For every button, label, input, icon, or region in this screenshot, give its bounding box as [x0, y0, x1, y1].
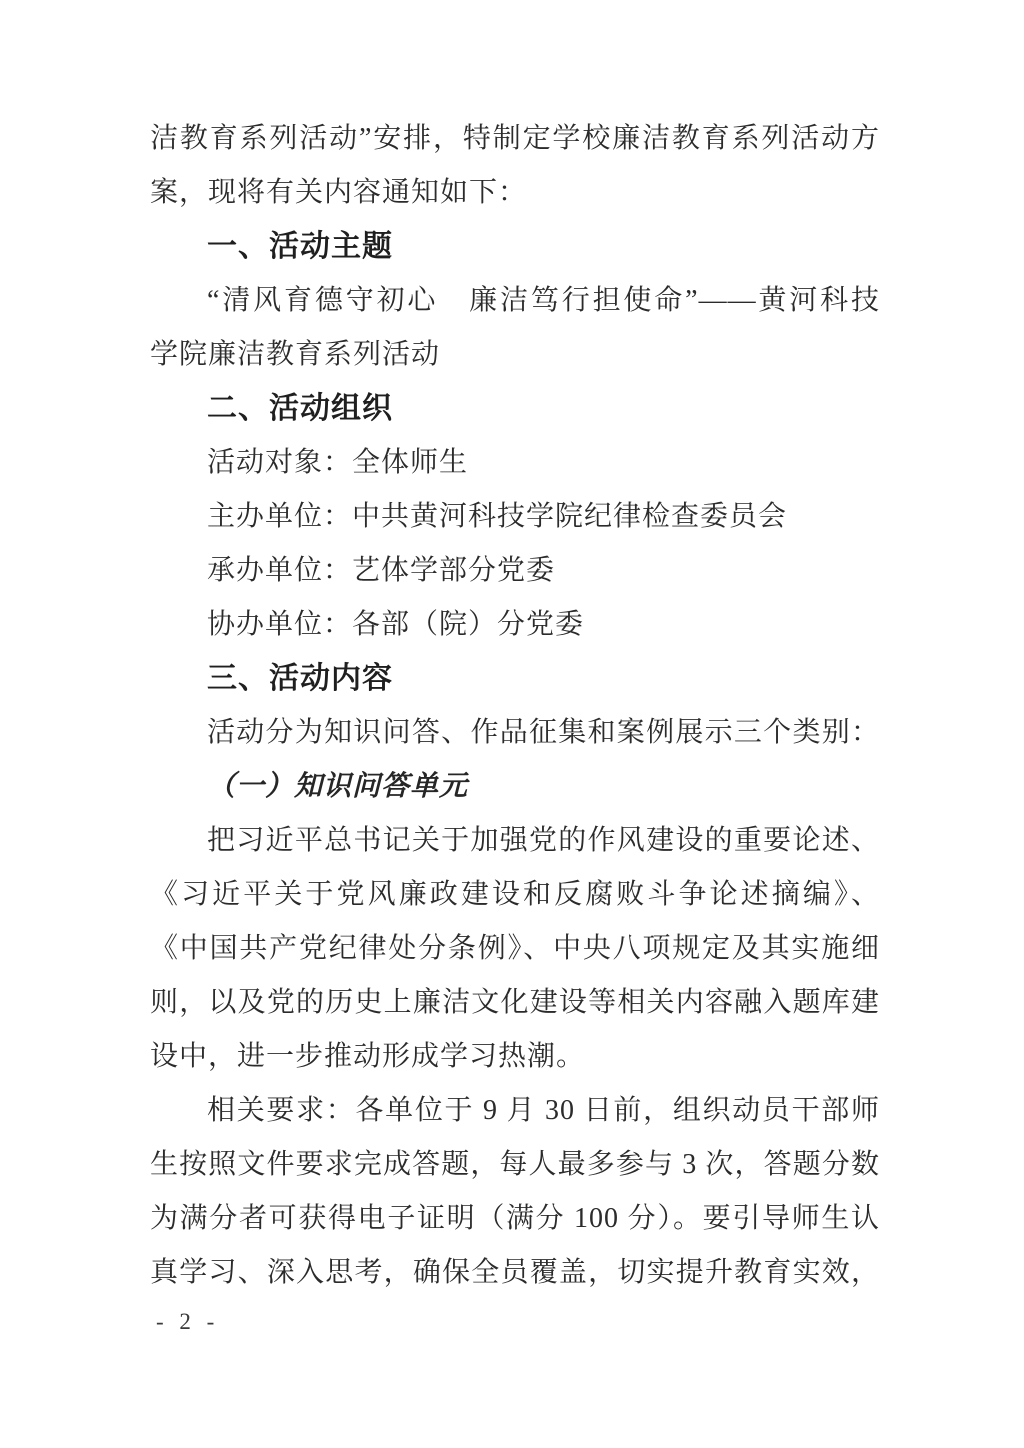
- section-heading-2: 二、活动组织: [150, 382, 880, 436]
- doc-line: 协办单位：各部（院）分党委: [150, 598, 880, 652]
- doc-line: 洁教育系列活动”安排，特制定学校廉洁教育系列活动方: [150, 112, 880, 166]
- document-page: 洁教育系列活动”安排，特制定学校廉洁教育系列活动方 案，现将有关内容通知如下： …: [0, 0, 1024, 1448]
- section-heading-1: 一、活动主题: [150, 220, 880, 274]
- doc-line: 承办单位：艺体学部分党委: [150, 544, 880, 598]
- doc-line: 真学习、深入思考，确保全员覆盖，切实提升教育实效，: [150, 1246, 880, 1300]
- doc-line: 把习近平总书记关于加强党的作风建设的重要论述、: [150, 814, 880, 868]
- section-heading-3: 三、活动内容: [150, 652, 880, 706]
- footer-page-number: - 2 -: [156, 1302, 219, 1342]
- doc-line: 《习近平关于党风廉政建设和反腐败斗争论述摘编》、: [150, 868, 880, 922]
- doc-line: 活动分为知识问答、作品征集和案例展示三个类别：: [150, 706, 880, 760]
- doc-line: 活动对象：全体师生: [150, 436, 880, 490]
- doc-line: 设中，进一步推动形成学习热潮。: [150, 1030, 880, 1084]
- doc-line: 为满分者可获得电子证明（满分 100 分）。要引导师生认: [150, 1192, 880, 1246]
- doc-line: 相关要求：各单位于 9 月 30 日前，组织动员干部师: [150, 1084, 880, 1138]
- doc-line: 则，以及党的历史上廉洁文化建设等相关内容融入题库建: [150, 976, 880, 1030]
- doc-line: 案，现将有关内容通知如下：: [150, 166, 880, 220]
- doc-line: 《中国共产党纪律处分条例》、中央八项规定及其实施细: [150, 922, 880, 976]
- doc-line: 主办单位：中共黄河科技学院纪律检查委员会: [150, 490, 880, 544]
- doc-line: 学院廉洁教育系列活动: [150, 328, 880, 382]
- sub-heading-unit1: （一）知识问答单元: [150, 760, 880, 814]
- doc-line: 生按照文件要求完成答题，每人最多参与 3 次，答题分数: [150, 1138, 880, 1192]
- doc-line: “清风育德守初心 廉洁笃行担使命”——黄河科技: [150, 274, 880, 328]
